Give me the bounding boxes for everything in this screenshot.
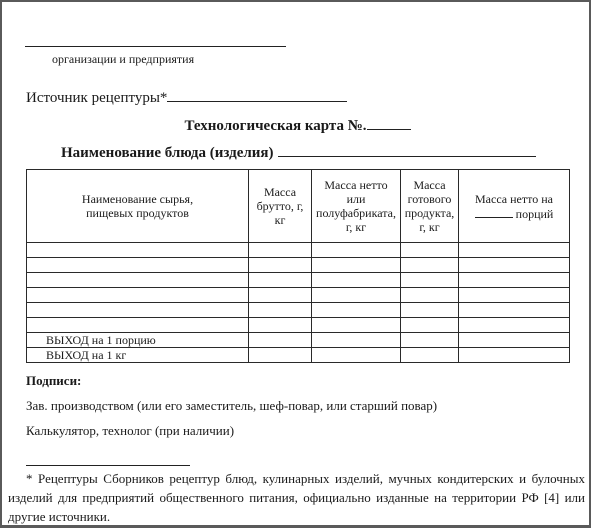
mass-cell[interactable] [312, 288, 401, 303]
portions-label: порций [516, 207, 554, 221]
recipe-source-label: Источник рецептуры* [26, 90, 167, 106]
mass-cell[interactable] [312, 348, 401, 363]
ingredients-table: Наименование сырья, пищевых продуктов Ма… [26, 169, 570, 363]
mass-cell[interactable] [312, 273, 401, 288]
mass-cell[interactable] [312, 318, 401, 333]
mass-cell[interactable] [401, 243, 459, 258]
column-header-net-mass: Масса нетто или полуфабриката, г, кг [312, 170, 401, 243]
organization-name-line[interactable] [25, 46, 286, 47]
portions-count-field[interactable] [475, 206, 513, 218]
table-row [27, 273, 570, 288]
footnote-divider [26, 465, 190, 466]
mass-cell[interactable] [459, 273, 570, 288]
mass-cell[interactable] [249, 273, 312, 288]
ingredient-cell[interactable] [27, 258, 249, 273]
mass-cell[interactable] [312, 258, 401, 273]
dish-name-field[interactable] [278, 143, 536, 157]
card-title-label: Технологическая карта №. [184, 118, 366, 134]
ingredient-cell[interactable] [27, 243, 249, 258]
table-row [27, 303, 570, 318]
dish-name: Наименование блюда (изделия) [61, 143, 536, 162]
mass-cell[interactable] [401, 288, 459, 303]
mass-cell[interactable] [249, 258, 312, 273]
organization-caption: организации и предприятия [52, 52, 194, 67]
signature-calculator: Калькулятор, технолог (при наличии) [26, 423, 234, 439]
mass-cell[interactable] [312, 333, 401, 348]
card-title: Технологическая карта №. [2, 116, 591, 135]
table-row [27, 258, 570, 273]
column-header-net-mass-portions: Масса нетто на порций [459, 170, 570, 243]
net-mass-label: Масса нетто на [475, 192, 553, 206]
table-row [27, 288, 570, 303]
recipe-source: Источник рецептуры* [26, 88, 347, 107]
mass-cell[interactable] [401, 318, 459, 333]
column-header-finished-mass: Масса готового продукта, г, кг [401, 170, 459, 243]
mass-cell[interactable] [459, 258, 570, 273]
mass-cell[interactable] [401, 258, 459, 273]
dish-name-label: Наименование блюда (изделия) [61, 145, 274, 161]
document-page: организации и предприятия Источник рецеп… [0, 0, 591, 528]
mass-cell[interactable] [459, 243, 570, 258]
mass-cell[interactable] [249, 288, 312, 303]
recipe-source-field[interactable] [167, 88, 347, 102]
mass-cell[interactable] [249, 318, 312, 333]
mass-cell[interactable] [459, 333, 570, 348]
mass-cell[interactable] [312, 303, 401, 318]
table-row [27, 318, 570, 333]
mass-cell[interactable] [249, 333, 312, 348]
ingredient-cell[interactable] [27, 273, 249, 288]
card-number-field[interactable] [367, 116, 411, 130]
footnote: * Рецептуры Сборников рецептур блюд, кул… [8, 469, 585, 526]
yield-label: ВЫХОД на 1 кг [27, 348, 249, 363]
yield-row: ВЫХОД на 1 порцию [27, 333, 570, 348]
mass-cell[interactable] [312, 243, 401, 258]
mass-cell[interactable] [401, 273, 459, 288]
mass-cell[interactable] [401, 333, 459, 348]
ingredient-cell[interactable] [27, 288, 249, 303]
ingredient-cell[interactable] [27, 303, 249, 318]
column-header-gross-mass: Масса брутто, г, кг [249, 170, 312, 243]
mass-cell[interactable] [249, 348, 312, 363]
ingredient-cell[interactable] [27, 318, 249, 333]
signature-production-head: Зав. производством (или его заместитель,… [26, 398, 437, 414]
mass-cell[interactable] [401, 303, 459, 318]
mass-cell[interactable] [459, 303, 570, 318]
column-header-ingredient: Наименование сырья, пищевых продуктов [27, 170, 249, 243]
table-header-row: Наименование сырья, пищевых продуктов Ма… [27, 170, 570, 243]
mass-cell[interactable] [459, 318, 570, 333]
mass-cell[interactable] [459, 288, 570, 303]
mass-cell[interactable] [401, 348, 459, 363]
mass-cell[interactable] [459, 348, 570, 363]
signatures-title: Подписи: [26, 373, 81, 389]
mass-cell[interactable] [249, 243, 312, 258]
table-row [27, 243, 570, 258]
yield-row: ВЫХОД на 1 кг [27, 348, 570, 363]
mass-cell[interactable] [249, 303, 312, 318]
yield-label: ВЫХОД на 1 порцию [27, 333, 249, 348]
